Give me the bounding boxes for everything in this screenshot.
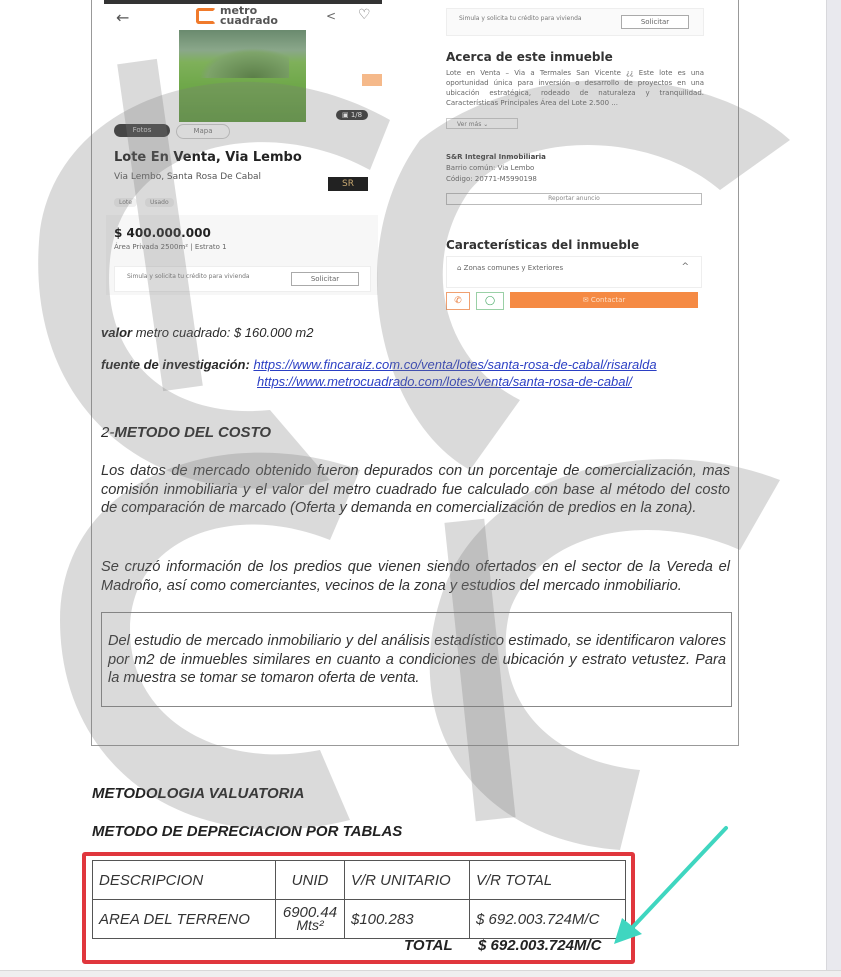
price-per-sqm: valor metro cuadrado: $ 160.000 m2 — [101, 325, 313, 340]
solicitar-button[interactable]: Solicitar — [621, 15, 689, 29]
listing-address: Via Lembo, Santa Rosa De Cabal — [114, 172, 294, 183]
phone-button[interactable]: ✆ — [446, 292, 470, 310]
credit-text: Simula y solicita tu crédito para vivien… — [127, 273, 267, 280]
share-icon[interactable]: < — [326, 9, 336, 23]
section-heading: 2-METODO DEL COSTO — [101, 424, 271, 441]
listing-screenshot-right: Simula y solicita tu crédito para vivien… — [440, 0, 715, 310]
method-heading: METODO DE DEPRECIACION POR TABLAS — [92, 823, 402, 840]
accordion-zonas-comunes[interactable]: ⌂ Zonas comunes y Exteriores ^ — [446, 256, 702, 288]
whatsapp-icon: ◯ — [485, 296, 495, 306]
listing-price: $ 400.000.000 — [114, 226, 211, 240]
paragraph-study: Del estudio de mercado inmobiliario y de… — [108, 632, 726, 688]
agency-info: S&R Integral Inmobiliaria Barrio común: … — [446, 152, 546, 185]
logo-line2: cuadrado — [220, 16, 278, 26]
about-text: Lote en Venta – Via a Termales San Vicen… — [446, 68, 704, 108]
next-photo-handle[interactable] — [362, 74, 382, 86]
features-heading: Características del inmueble — [446, 238, 639, 252]
methodology-heading: METODOLOGIA VALUATORIA — [92, 785, 305, 802]
page-edge-bottom — [0, 970, 841, 977]
property-photo[interactable] — [179, 30, 306, 122]
solicitar-button[interactable]: Solicitar — [291, 272, 359, 286]
credit-banner: Simula y solicita tu crédito para vivien… — [446, 8, 704, 36]
whatsapp-button[interactable]: ◯ — [476, 292, 504, 310]
arrow-left-icon[interactable]: ← — [116, 8, 129, 27]
research-source: fuente de investigación: https://www.fin… — [101, 357, 657, 372]
paragraph-market-data: Los datos de mercado obtenido fueron dep… — [101, 462, 730, 518]
photo-counter: ▣ 1/8 — [336, 110, 368, 120]
amenities-icon: ⌂ — [457, 264, 464, 272]
tag: Lote — [114, 198, 137, 207]
listing-tags: Lote Usado — [114, 198, 174, 207]
phone-icon: ✆ — [454, 296, 462, 306]
chevron-down-icon: ⌄ — [483, 121, 488, 128]
mail-icon: ✉ — [583, 296, 591, 304]
tab-mapa[interactable]: Mapa — [176, 124, 230, 139]
accordion-label: Zonas comunes y Exteriores — [464, 264, 563, 272]
logo-mark-icon — [196, 8, 216, 24]
heart-icon[interactable]: ♡ — [358, 7, 371, 23]
metrocuadrado-logo: metro cuadrado — [196, 6, 278, 26]
tag: Usado — [145, 198, 174, 207]
credit-banner: Simula y solicita tu crédito para vivien… — [114, 266, 371, 292]
listing-area: Área Privada 2500m² | Estrato 1 — [114, 243, 227, 251]
page-edge — [826, 0, 841, 977]
source-link-fincaraiz[interactable]: https://www.fincaraiz.com.co/venta/lotes… — [253, 357, 656, 372]
contact-button[interactable]: ✉ Contactar — [510, 292, 698, 308]
listing-screenshot-left: ← metro cuadrado < ♡ ▣ 1/8 Fotos Mapa Lo… — [104, 0, 382, 298]
neighborhood: Barrio común: Via Lembo — [446, 163, 546, 174]
paragraph-cross-info: Se cruzó información de los predios que … — [101, 558, 730, 595]
listing-title: Lote En Venta, Via Lembo — [114, 150, 302, 165]
listing-code: Código: 20771-M5990198 — [446, 174, 546, 185]
agency-logo: SR — [328, 177, 368, 191]
highlight-rectangle — [82, 852, 635, 964]
source-link-metrocuadrado[interactable]: https://www.metrocuadrado.com/lotes/vent… — [257, 374, 632, 389]
credit-text: Simula y solicita tu crédito para vivien… — [459, 15, 599, 22]
about-heading: Acerca de este inmueble — [446, 50, 613, 64]
tab-fotos[interactable]: Fotos — [114, 124, 170, 137]
report-button[interactable]: Reportar anuncio — [446, 193, 702, 205]
see-more-button[interactable]: Ver más ⌄ — [446, 118, 518, 129]
camera-icon: ▣ — [342, 111, 351, 119]
agency-name: S&R Integral Inmobiliaria — [446, 153, 546, 161]
chevron-up-icon[interactable]: ^ — [681, 262, 689, 272]
annotation-arrow-icon — [600, 820, 740, 950]
